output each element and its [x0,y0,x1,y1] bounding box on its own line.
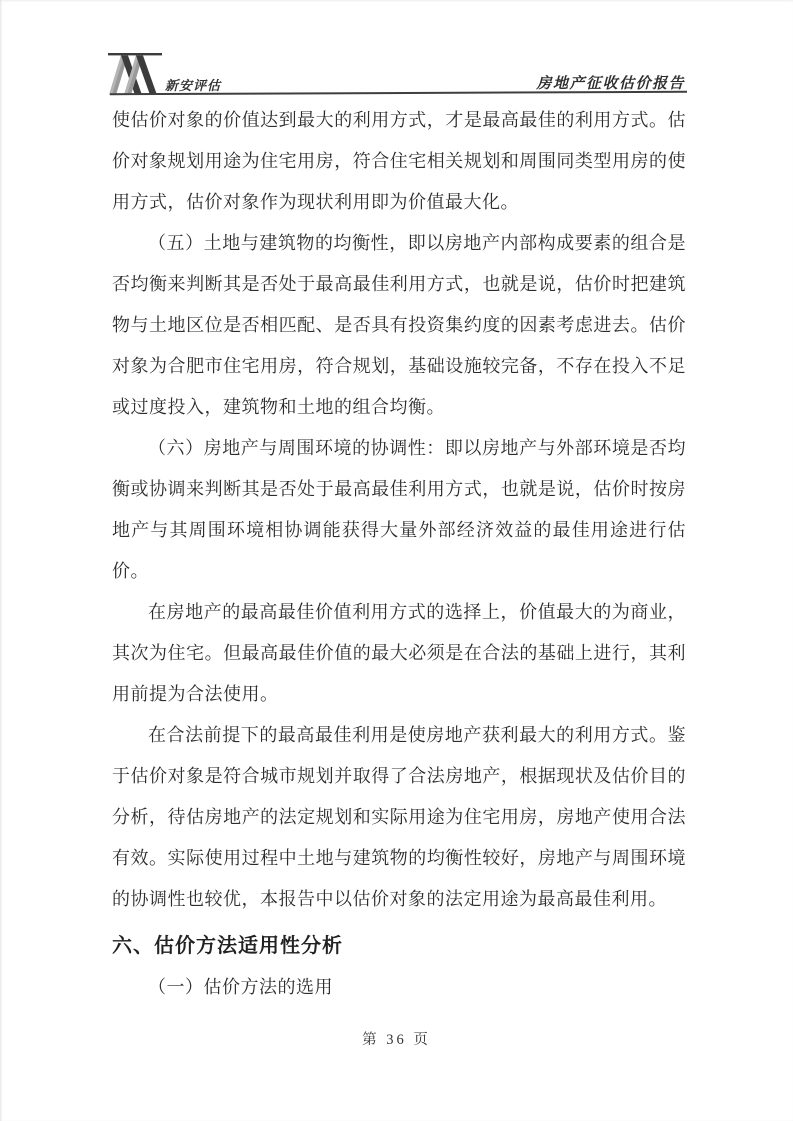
paragraph-item-5-balance: （五）土地与建筑物的均衡性，即以房地产内部构成要素的组合是否均衡来判断其是否处于… [112,223,686,428]
logo-mark-icon [108,53,162,95]
section-heading-method-analysis: 六、估价方法适用性分析 [112,926,686,967]
paragraph-best-use-choice: 在房地产的最高最佳价值利用方式的选择上，价值最大的为商业，其次为住宅。但最高最佳… [112,592,686,715]
paragraph-continuation: 使估价对象的价值达到最大的利用方式，才是最高最佳的利用方式。估价对象规划用途为住… [112,100,686,223]
company-logo: 新安评估 [108,53,221,95]
document-body: 使估价对象的价值达到最大的利用方式，才是最高最佳的利用方式。估价对象规划用途为住… [112,100,686,1008]
paragraph-legal-premise: 在合法前提下的最高最佳利用是使房地产获利最大的利用方式。鉴于估价对象是符合城市规… [112,715,686,920]
subsection-method-selection: （一）估价方法的选用 [112,967,686,1008]
paragraph-item-6-coordination: （六）房地产与周围环境的协调性：即以房地产与外部环境是否均衡或协调来判断其是否处… [112,428,686,592]
page-number: 第 36 页 [0,1028,793,1049]
logo-company-name: 新安评估 [165,75,221,94]
document-page: 新安评估 房地产征收估价报告 使估价对象的价值达到最大的利用方式，才是最高最佳的… [0,0,793,1121]
